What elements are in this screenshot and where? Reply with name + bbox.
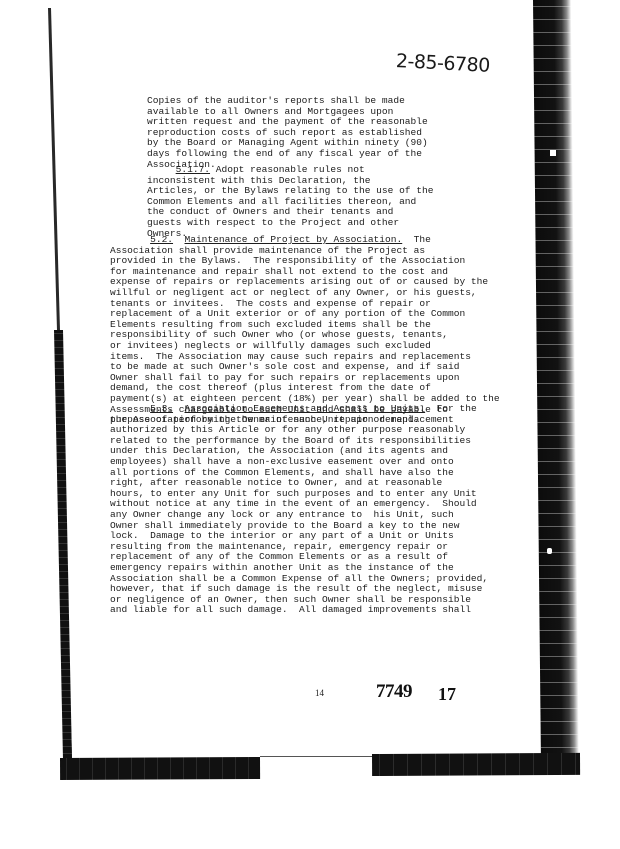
scan-edge-right bbox=[533, 0, 579, 770]
text-line: Elements resulting from such excluded it… bbox=[110, 319, 431, 330]
text-line: for maintenance and repair shall not ext… bbox=[110, 266, 448, 277]
section-number: 5.2. bbox=[150, 234, 173, 245]
text-line: the conduct of Owners and their tenants … bbox=[147, 206, 393, 217]
text-line: lock. Damage to the interior or any part… bbox=[110, 530, 454, 541]
text-line: replacement of any of the Common Element… bbox=[110, 551, 448, 562]
text-line: related to the performance by the Board … bbox=[110, 435, 471, 446]
scan-edge-bottom-left bbox=[60, 757, 260, 780]
text-line: Common Elements and all facilities there… bbox=[147, 196, 416, 207]
text-line: purpose of performing the maintenance, r… bbox=[110, 414, 454, 425]
text-line: guests with respect to the Project and o… bbox=[147, 217, 399, 228]
text-line: replacement of a Unit exterior or of any… bbox=[110, 308, 465, 319]
text-line: available to all Owners and Mortgagees u… bbox=[147, 106, 393, 117]
text-line: or negligence of an Owner, then such Own… bbox=[110, 594, 471, 605]
section-5-1-7: 5.1.7. Adopt reasonable rules not incons… bbox=[147, 165, 433, 239]
text-line: willful or negligent act or neglect of a… bbox=[110, 287, 477, 298]
text-line: by the Board or Managing Agent within ni… bbox=[147, 137, 428, 148]
section-number: 5.3. bbox=[150, 403, 173, 414]
text-line: For the bbox=[425, 403, 477, 414]
text-line: Owner shall fail to pay for such repairs… bbox=[110, 372, 459, 383]
text-line: right, after reasonable notice to Owner,… bbox=[110, 477, 442, 488]
text-line: expense of repairs or replacements arisi… bbox=[110, 276, 488, 287]
text-line: Association shall provide maintenance of… bbox=[110, 245, 425, 256]
text-line: tenants or invitees. The costs and expen… bbox=[110, 298, 431, 309]
text-line: Owner shall immediately provide to the B… bbox=[110, 520, 459, 531]
text-line: inconsistent with this Declaration, the bbox=[147, 175, 370, 186]
text-line: or invitees) neglects or willfully damag… bbox=[110, 340, 431, 351]
text-line: Adopt reasonable rules not bbox=[210, 164, 365, 175]
page-number: 14 bbox=[315, 688, 324, 698]
text-line: under this Declaration, the Association … bbox=[110, 445, 448, 456]
section-title: Maintenance of Project by Association. bbox=[185, 234, 403, 245]
text-line: provided in the Bylaws. The responsibili… bbox=[110, 255, 465, 266]
text-line: reproduction costs of such report as est… bbox=[147, 127, 422, 138]
text-line: hours, to enter any Unit for such purpos… bbox=[110, 488, 477, 499]
text-line: demand, the cost thereof (plus interest … bbox=[110, 382, 431, 393]
section-5-3: 5.3. Association Easements and Access to… bbox=[110, 404, 488, 616]
text-line: items. The Association may cause such re… bbox=[110, 351, 471, 362]
book-number-stamp: 7749 bbox=[376, 681, 412, 703]
text-line: Articles, or the Bylaws relating to the … bbox=[147, 185, 433, 196]
recording-number: 2-85-6780 bbox=[395, 50, 490, 77]
scan-edge-bottom-right bbox=[372, 753, 580, 776]
paragraph-auditor-reports: Copies of the auditor's reports shall be… bbox=[147, 96, 428, 170]
section-number: 5.1.7. bbox=[176, 164, 210, 175]
text-line: Association shall be a Common Expense of… bbox=[110, 573, 488, 584]
text-line: emergency repairs within another Unit as… bbox=[110, 562, 454, 573]
text-line: written request and the payment of the r… bbox=[147, 116, 428, 127]
scanned-document-page: 2-85-6780 Copies of the auditor's report… bbox=[0, 0, 620, 849]
text-line: and liable for all such damage. All dama… bbox=[110, 604, 471, 615]
text-line: authorized by this Article or for any ot… bbox=[110, 424, 465, 435]
text-line: to be made at such Owner's sole cost and… bbox=[110, 361, 459, 372]
section-title: Association Easements and Access to Unit… bbox=[185, 403, 426, 414]
text-line: The bbox=[402, 234, 431, 245]
book-page-stamp: 17 bbox=[438, 684, 456, 705]
section-5-2: 5.2. Maintenance of Project by Associati… bbox=[110, 235, 500, 426]
scan-edge-right-notch bbox=[550, 150, 556, 156]
text-line: days following the end of any fiscal yea… bbox=[147, 148, 422, 159]
text-line: however, that if such damage is the resu… bbox=[110, 583, 482, 594]
text-line: any Owner change any lock or any entranc… bbox=[110, 509, 454, 520]
text-line: without notice at any time in the event … bbox=[110, 498, 477, 509]
text-line: all portions of the Common Elements, and… bbox=[110, 467, 454, 478]
text-line: resulting from the maintenance, repair, … bbox=[110, 541, 448, 552]
text-line: employees) shall have a non-exclusive ea… bbox=[110, 456, 454, 467]
text-line: responsibility of such Owner who (or who… bbox=[110, 329, 448, 340]
scan-edge-bottom-strip bbox=[260, 756, 372, 757]
scan-edge-left-shadow bbox=[54, 330, 72, 770]
scan-edge-right-mark bbox=[547, 548, 552, 554]
text-line: Copies of the auditor's reports shall be… bbox=[147, 95, 405, 106]
